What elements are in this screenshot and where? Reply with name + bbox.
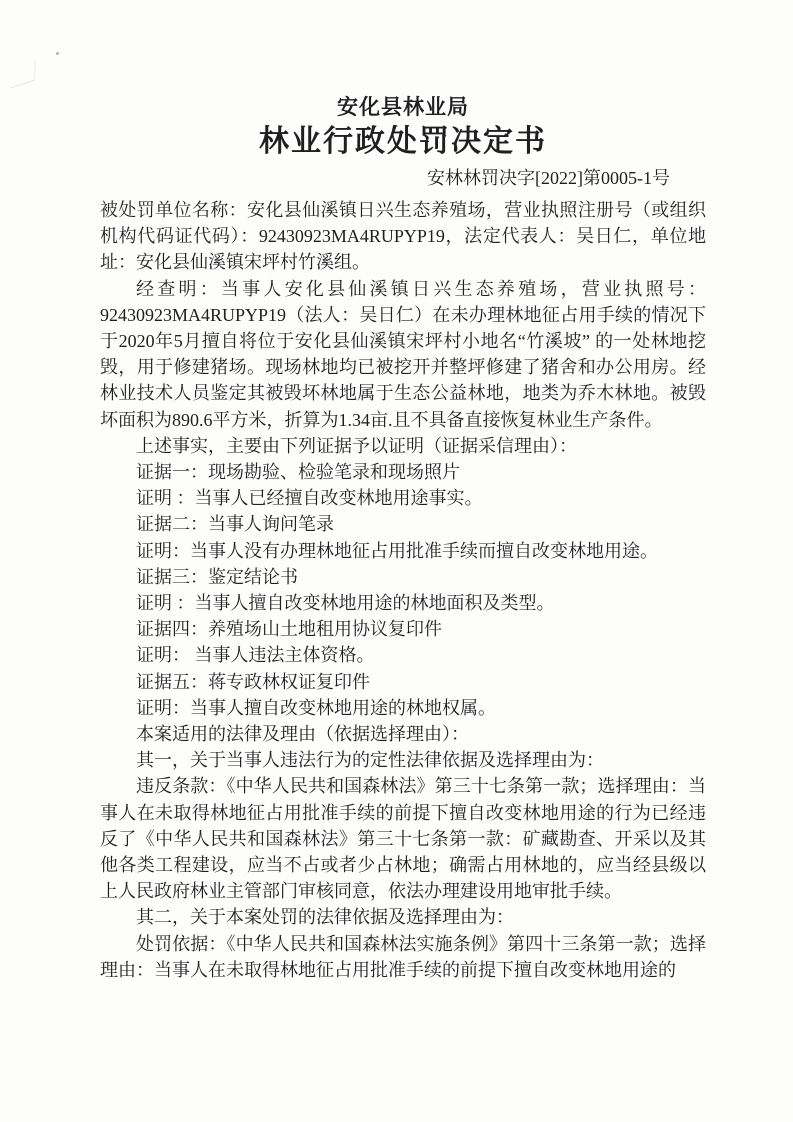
body-paragraph: 被处罚单位名称：安化县仙溪镇日兴生态养殖场，营业执照注册号（或组织机构代码证代码… [100,197,706,276]
body-paragraph: 证明：当事人擅自改变林地用途的林地权属。 [100,695,706,721]
body-paragraph: 证明 ：当事人已经擅自改变林地用途事实。 [100,485,706,511]
body-paragraph: 证据三：鉴定结论书 [100,564,706,590]
body-paragraph: 证据五：蒋专政林权证复印件 [100,669,706,695]
document-title: 林业行政处罚决定书 [100,124,706,160]
scan-artifact-dot [56,52,59,55]
document-number: 安林林罚决字[2022]第0005-1号 [100,167,706,190]
document-content: 安化县林业局 林业行政处罚决定书 安林林罚决字[2022]第0005-1号 被处… [100,94,706,983]
body-paragraph: 证明： 当事人违法主体资格。 [100,642,706,668]
body-paragraph: 经查明：当事人安化县仙溪镇日兴生态养殖场，营业执照号：92430923MA4RU… [100,276,706,433]
body-paragraph: 证据四：养殖场山土地租用协议复印件 [100,616,706,642]
scan-artifact-squiggle [10,59,35,88]
body-paragraph: 证据二：当事人询问笔录 [100,511,706,537]
body-paragraph: 证据一：现场勘验、检验笔录和现场照片 [100,459,706,485]
body-paragraph: 违反条款：《中华人民共和国森林法》第三十七条第一款；选择理由：当事人在未取得林地… [100,773,706,904]
body-paragraph: 上述事实，主要由下列证据予以证明（证据采信理由）： [100,433,706,459]
body-paragraph: 其一，关于当事人违法行为的定性法律依据及选择理由为： [100,747,706,773]
body-paragraph: 其二，关于本案处罚的法律依据及选择理由为： [100,904,706,930]
document-body: 被处罚单位名称：安化县仙溪镇日兴生态养殖场，营业执照注册号（或组织机构代码证代码… [100,197,706,983]
issuing-authority-title: 安化县林业局 [100,94,706,120]
body-paragraph: 证明 ：当事人擅自改变林地用途的林地面积及类型。 [100,590,706,616]
body-paragraph: 本案适用的法律及理由（依据选择理由）： [100,721,706,747]
scanned-document-page: 安化县林业局 林业行政处罚决定书 安林林罚决字[2022]第0005-1号 被处… [0,0,793,1122]
body-paragraph: 证明：当事人没有办理林地征占用批准手续而擅自改变林地用途。 [100,538,706,564]
body-paragraph: 处罚依据：《中华人民共和国森林法实施条例》第四十三条第一款；选择理由：当事人在未… [100,931,706,983]
